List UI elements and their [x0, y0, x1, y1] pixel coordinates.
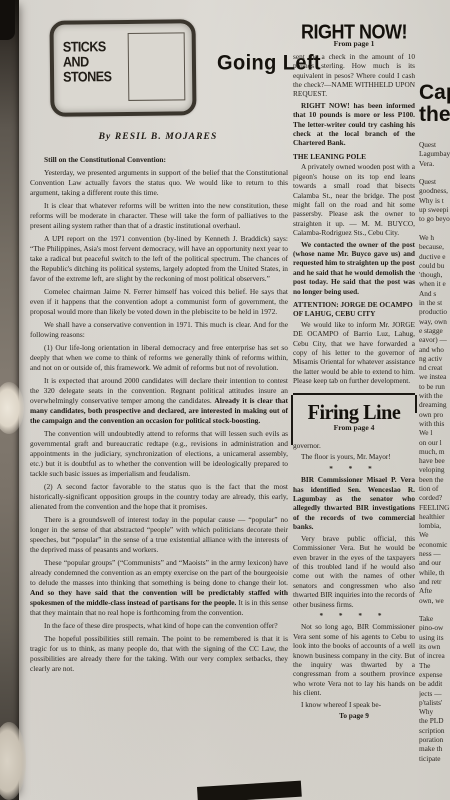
article-paragraph: In the face of these dire prospects, wha…	[30, 621, 288, 631]
truncated-line: p'talists'	[419, 698, 450, 707]
truncated-line: the PLD	[419, 716, 450, 725]
truncated-headline-line: the	[419, 104, 450, 126]
column-paragraph: I know whereof I speak be-	[293, 700, 415, 709]
paragraph-text: (1) Our life-long orientation in liberal…	[30, 343, 288, 372]
paragraph-text: These “popular groups” (“Communists” and…	[30, 558, 288, 587]
truncated-line: of increa	[419, 651, 450, 660]
truncated-line: Why is t	[419, 196, 450, 205]
article-paragraph: The hopeful possibilities still remain. …	[30, 634, 288, 674]
truncated-line: and retr	[419, 577, 450, 586]
paragraph-text: The hopeful possibilities still remain. …	[30, 634, 288, 673]
paragraph-text: We shall have a conservative convention …	[30, 320, 288, 339]
continued-to-page: To page 9	[293, 711, 415, 720]
truncated-line: could bu	[419, 261, 450, 270]
page-gutter-shadow	[0, 0, 19, 800]
truncated-line: much, m	[419, 447, 450, 456]
letter-paragraph: A privately owned wooden post with a pig…	[293, 162, 415, 237]
editor-reply-paragraph: RIGHT NOW! has been informed that 10 pou…	[293, 101, 415, 148]
truncated-line: Quest	[419, 140, 450, 149]
truncated-line: when it e	[419, 279, 450, 288]
truncated-line: pino-ow	[419, 623, 450, 632]
column-paragraph-bold: BIR Commissioner Misael P. Vera has iden…	[293, 475, 415, 531]
truncated-headline-line: Cap	[419, 82, 450, 104]
truncated-line: because,	[419, 242, 450, 251]
paragraph-text: The convention will undoubtedly attend t…	[30, 429, 288, 478]
columnist-photo	[128, 32, 186, 101]
truncated-line: poration	[419, 735, 450, 744]
truncated-line: healthier	[419, 512, 450, 521]
column-paragraph: Very brave public official, this Commiss…	[293, 534, 415, 609]
truncated-line: Lagumbay	[419, 149, 450, 158]
truncated-line: tion of	[419, 484, 450, 493]
truncated-line: Vera.	[419, 159, 450, 168]
truncated-line: ticipate	[419, 754, 450, 763]
truncated-line: own, we	[419, 596, 450, 605]
article-paragraph: It is clear that whatever reforms will b…	[30, 201, 288, 231]
article-paragraph: (2) A second factor favorable to the sta…	[30, 482, 288, 512]
truncated-line: ness —	[419, 549, 450, 558]
gutter-dark-corner	[0, 0, 15, 40]
truncated-line	[419, 605, 450, 614]
article-paragraph: We shall have a conservative convention …	[30, 320, 288, 340]
letter-paragraph: sent me a check in the amount of 10 poun…	[293, 52, 415, 99]
truncated-line: lombia,	[419, 521, 450, 530]
notice-paragraph: We would like to inform Mr. JORGE DE OCA…	[293, 320, 415, 386]
paragraph-text: There is a groundswell of interest today…	[30, 515, 288, 554]
paragraph-text: Comelec chairman Jaime N. Ferrer himself…	[30, 287, 288, 316]
right-truncated-column: Cap the QuestLagumbayVera.Questgoodness,…	[419, 82, 450, 800]
truncated-line: way, own	[419, 317, 450, 326]
truncated-line: have bee	[419, 456, 450, 465]
truncated-line: while, th	[419, 568, 450, 577]
truncated-line: e stagge	[419, 326, 450, 335]
truncated-line: eavor) —	[419, 335, 450, 344]
truncated-line: 'though,	[419, 270, 450, 279]
truncated-line	[419, 168, 450, 177]
byline: By RESIL B. MOJARES	[30, 132, 286, 142]
truncated-line: ng activ	[419, 354, 450, 363]
stamp-line-3: STONES	[63, 69, 112, 85]
bottom-press-rule	[197, 781, 302, 800]
truncated-line: on our l	[419, 438, 450, 447]
truncated-line: goodness,	[419, 186, 450, 195]
truncated-line: with this	[419, 419, 450, 428]
truncated-line: ductive e	[419, 252, 450, 261]
asterisk-separator: * * * *	[293, 611, 415, 620]
paragraph-text: It is clear that whatever reforms will b…	[30, 201, 288, 230]
gutter-light-blob	[0, 382, 24, 434]
truncated-line: We	[419, 530, 450, 539]
article-paragraph: (1) Our life-long orientation in liberal…	[30, 343, 288, 373]
article-paragraph: Yesterday, we presented arguments in sup…	[30, 168, 288, 198]
truncated-line: using its	[419, 633, 450, 642]
truncated-line: We h	[419, 233, 450, 242]
truncated-text-lines: QuestLagumbayVera.Questgoodness,Why is t…	[419, 140, 450, 763]
truncated-line: its own	[419, 642, 450, 651]
article-paragraph: It is expected that around 2000 candidat…	[30, 376, 288, 426]
column-paragraph: Not so long ago, BIR Commissioner Vera s…	[293, 622, 415, 697]
truncated-line: corded?	[419, 493, 450, 502]
right-now-heading: RIGHT NOW!	[293, 27, 415, 38]
truncated-line: Why	[419, 707, 450, 716]
article-paragraph: The convention will undoubtedly attend t…	[30, 429, 288, 479]
truncated-line: expense	[419, 670, 450, 679]
truncated-line: own pro	[419, 410, 450, 419]
subhead-leaning-pole: THE LEANING POLE	[293, 152, 415, 161]
article-paragraph: These “popular groups” (“Communists” and…	[30, 558, 288, 618]
firing-line-heading: Firing Line	[297, 402, 410, 423]
paragraph-text: A UPI report on the 1971 convention (by-…	[30, 234, 288, 283]
left-article-column: Still on the Constitutional Convention: …	[30, 155, 288, 677]
truncated-line: to be run	[419, 382, 450, 391]
stamp-line-1: STICKS	[63, 39, 112, 55]
truncated-line: with the	[419, 391, 450, 400]
article-paragraph: There is a groundswell of interest today…	[30, 515, 288, 555]
newspaper-page: STICKS AND STONES Going Left By RESIL B.…	[0, 0, 450, 800]
truncated-line: The	[419, 661, 450, 670]
truncated-line: FEELING	[419, 503, 450, 512]
column-paragraph: The floor is yours, Mr. Mayor!	[293, 452, 415, 461]
gutter-light-blob-lower	[0, 722, 26, 800]
sticks-and-stones-label: STICKS AND STONES	[63, 39, 112, 85]
truncated-line: jects —	[419, 689, 450, 698]
editor-reply-paragraph: We contacted the owner of the post (whos…	[293, 240, 415, 296]
truncated-line: veloping	[419, 465, 450, 474]
sticks-and-stones-stamp: STICKS AND STONES	[50, 19, 197, 117]
truncated-line: economic	[419, 540, 450, 549]
truncated-line: Afte	[419, 586, 450, 595]
article-paragraph: Comelec chairman Jaime N. Ferrer himself…	[30, 287, 288, 317]
truncated-line: make th	[419, 744, 450, 753]
column-paragraph: governor.	[293, 441, 415, 450]
asterisk-separator: * * *	[293, 464, 415, 473]
truncated-line: productio	[419, 307, 450, 316]
truncated-line: Quest	[419, 177, 450, 186]
truncated-line: in the st	[419, 298, 450, 307]
paragraph-text: Yesterday, we presented arguments in sup…	[30, 168, 288, 197]
truncated-line: and our	[419, 558, 450, 567]
article-body: Yesterday, we presented arguments in sup…	[30, 168, 288, 674]
truncated-line: dreaming	[419, 400, 450, 409]
truncated-line	[419, 224, 450, 233]
firing-line-box: Firing Line From page 4	[293, 393, 415, 438]
middle-column: RIGHT NOW! From page 1 sent me a check i…	[293, 28, 415, 720]
truncated-line: We l	[419, 428, 450, 437]
truncated-line: Take	[419, 614, 450, 623]
truncated-line: to go beyo	[419, 214, 450, 223]
article-paragraph: A UPI report on the 1971 convention (by-…	[30, 234, 288, 284]
truncated-line: up sweepi	[419, 205, 450, 214]
truncated-line: nd creat	[419, 363, 450, 372]
truncated-line: scription	[419, 726, 450, 735]
firing-line-from-page: From page 4	[295, 423, 413, 432]
paragraph-text: In the face of these dire prospects, wha…	[44, 621, 278, 630]
truncated-line: be addit	[419, 679, 450, 688]
truncated-line: been the	[419, 475, 450, 484]
paragraph-text: (2) A second factor favorable to the sta…	[30, 482, 288, 511]
truncated-line: And s	[419, 289, 450, 298]
truncated-line: and who	[419, 345, 450, 354]
article-lead: Still on the Constitutional Convention:	[30, 155, 288, 165]
subhead-attention: ATTENTION: JORGE DE OCAMPO OF LAHUG, CEB…	[293, 300, 415, 319]
truncated-line: we instea	[419, 372, 450, 381]
